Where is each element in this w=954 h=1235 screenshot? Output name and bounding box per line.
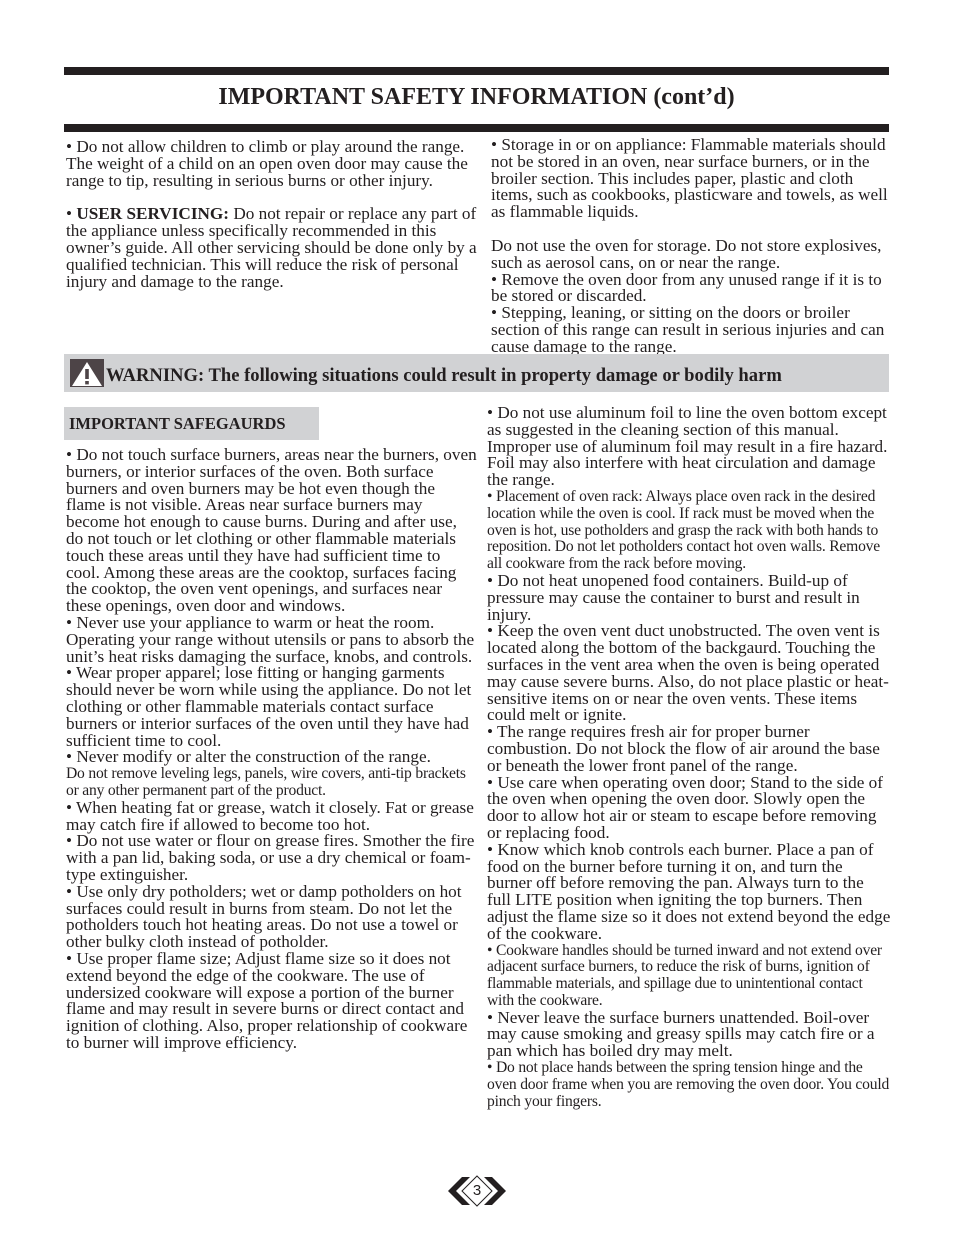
top-right-column: • Storage in or on appliance: Flammable … <box>491 137 891 356</box>
user-servicing-paragraph: • USER SERVICING: Do not repair or repla… <box>66 206 478 290</box>
remove-door-paragraph: • Remove the oven door from any unused r… <box>491 272 891 306</box>
list-item: • Never use your appliance to warm or he… <box>66 615 478 665</box>
list-item: • Never leave the surface burners unatte… <box>487 1010 891 1060</box>
warning-text: WARNING: The following situations could … <box>106 365 782 387</box>
list-item: • Do not use aluminum foil to line the o… <box>487 405 891 489</box>
list-item: • Placement of oven rack: Always place o… <box>487 489 891 573</box>
list-item: • Use care when operating oven door; Sta… <box>487 775 891 842</box>
list-item: • Never modify or alter the construction… <box>66 749 478 766</box>
list-item: • Use only dry potholders; wet or damp p… <box>66 884 478 951</box>
list-item: • Do not touch surface burners, areas ne… <box>66 447 478 615</box>
list-item: • Know which knob controls each burner. … <box>487 842 891 943</box>
storage-paragraph: • Storage in or on appliance: Flammable … <box>491 137 891 221</box>
list-item: • Do not heat unopened food containers. … <box>487 573 891 623</box>
warning-banner: WARNING: The following situations could … <box>64 354 889 392</box>
list-item: • Use proper flame size; Adjust flame si… <box>66 951 478 1052</box>
list-item: • Do not use water or flour on grease fi… <box>66 833 478 883</box>
list-item: • Keep the oven vent duct unobstructed. … <box>487 623 891 724</box>
page-number: 3 <box>468 1182 486 1200</box>
list-item: • Cookware handles should be turned inwa… <box>487 943 891 1010</box>
children-warning-paragraph: • Do not allow children to climb or play… <box>66 139 478 189</box>
top-rule <box>64 67 889 75</box>
list-item: • Wear proper apparel; lose fitting or h… <box>66 665 478 749</box>
list-item: • The range requires fresh air for prope… <box>487 724 891 774</box>
list-item: • Do not place hands between the spring … <box>487 1060 891 1110</box>
safeguards-heading: IMPORTANT SAFEGAURDS <box>69 414 286 434</box>
bottom-right-column: • Do not use aluminum foil to line the o… <box>487 405 891 1110</box>
oven-storage-paragraph: Do not use the oven for storage. Do not … <box>491 238 891 272</box>
warning-triangle-icon <box>70 359 104 387</box>
list-item: Do not remove leveling legs, panels, wir… <box>66 766 478 800</box>
bottom-left-column: • Do not touch surface burners, areas ne… <box>66 447 478 1052</box>
title-underline-rule <box>64 124 889 132</box>
top-left-column: • Do not allow children to climb or play… <box>66 139 478 290</box>
list-item: • When heating fat or grease, watch it c… <box>66 800 478 834</box>
page-number-badge: 3 <box>446 1172 508 1210</box>
safeguards-heading-box: IMPORTANT SAFEGAURDS <box>64 407 319 440</box>
stepping-paragraph: • Stepping, leaning, or sitting on the d… <box>491 305 891 355</box>
page-title: IMPORTANT SAFETY INFORMATION (cont’d) <box>64 80 889 114</box>
